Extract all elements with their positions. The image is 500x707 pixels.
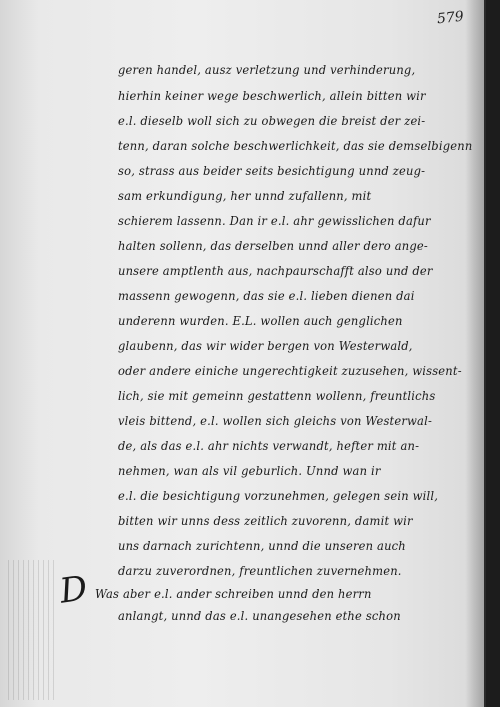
text-line: schierem lassenn. Dan ir e.l. ahr gewiss… [118, 213, 431, 228]
text-line: darzu zuverordnen, freuntlichen zuverneh… [118, 563, 402, 578]
text-line: lich, sie mit gemeinn gestattenn wollenn… [118, 388, 435, 403]
text-line: sam erkundigung, her unnd zufallenn, mit [118, 188, 371, 203]
text-line: halten sollenn, das derselben unnd aller… [118, 238, 428, 253]
text-line: de, als das e.l. ahr nichts verwandt, he… [118, 438, 419, 453]
text-line: unsere amptlenth aus, nachpaurschafft al… [118, 263, 433, 278]
text-line: Was aber e.l. ander schreiben unnd den h… [95, 586, 372, 601]
text-line: anlangt, unnd das e.l. unangesehen ethe … [118, 608, 401, 623]
folio-number: 579 [437, 9, 465, 28]
manuscript-page: 579 geren handel, ausz verletzung und ve… [0, 0, 486, 707]
text-line: uns darnach zurichtenn, unnd die unseren… [118, 538, 406, 553]
text-line: nehmen, wan als vil geburlich. Unnd wan … [118, 463, 381, 478]
text-line: tenn, daran solche beschwerlichkeit, das… [118, 138, 472, 153]
text-line: oder andere einiche ungerechtigkeit zuzu… [118, 363, 462, 378]
text-line: e.l. dieselb woll sich zu obwegen die br… [118, 113, 425, 128]
text-line: geren handel, ausz verletzung und verhin… [118, 62, 415, 77]
text-line: bitten wir unns dess zeitlich zuvorenn, … [118, 513, 413, 528]
text-line: massenn gewogenn, das sie e.l. lieben di… [118, 288, 415, 303]
text-line: hierhin keiner wege beschwerlich, allein… [118, 88, 426, 103]
text-line: e.l. die besichtigung vorzunehmen, geleg… [118, 488, 438, 503]
decorated-initial: D [57, 568, 90, 611]
text-line: so, strass aus beider seits besichtigung… [118, 163, 425, 178]
text-line: glaubenn, das wir wider bergen von Weste… [118, 338, 413, 353]
text-line: underenn wurden. E.L. wollen auch gengli… [118, 313, 403, 328]
text-line: vleis bittend, e.l. wollen sich gleichs … [118, 413, 432, 428]
